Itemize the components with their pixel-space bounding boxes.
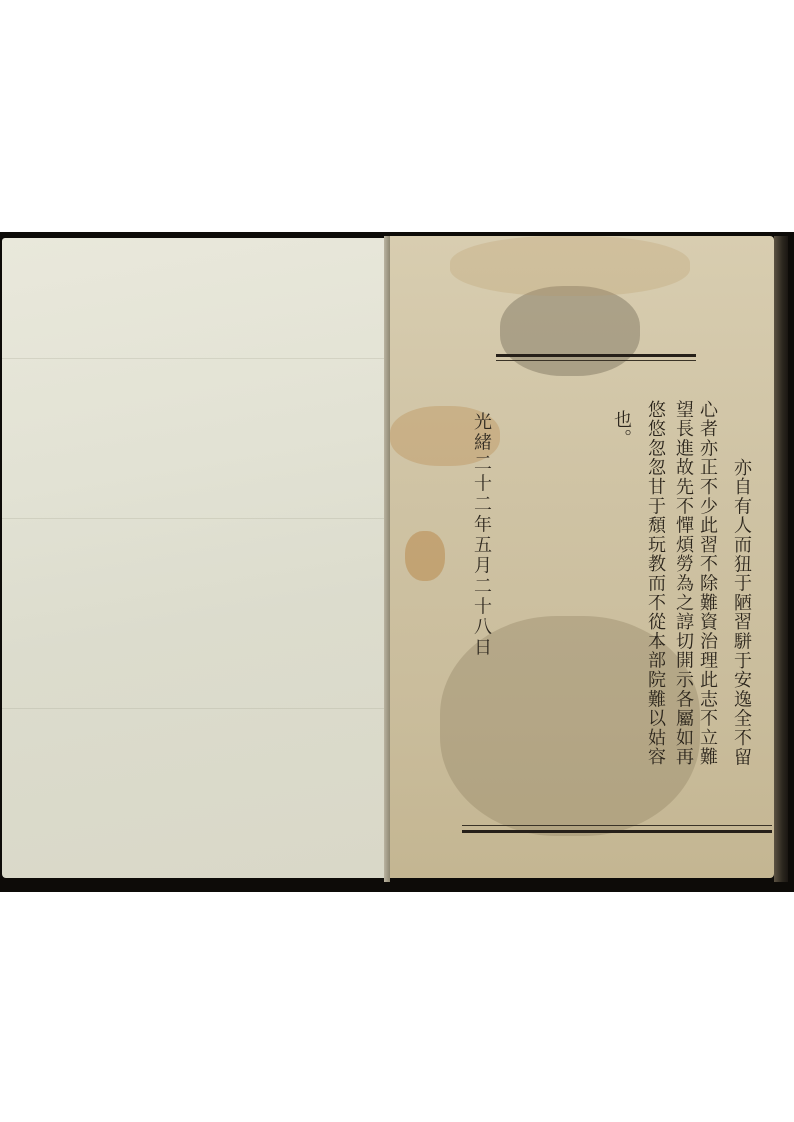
book-edge: [774, 236, 788, 882]
text-column-2: 心者亦正不少此習不除難資治理此志不立難: [696, 400, 718, 767]
text-column-5: 也。: [610, 410, 632, 449]
water-stain: [500, 286, 640, 376]
book-scan: 亦自有人而狃于陋習駢于安逸全不留 心者亦正不少此習不除難資治理此志不立難 望長進…: [0, 232, 794, 892]
date-line: 光緒二十二年五月二十八日: [470, 412, 492, 658]
water-stain: [450, 236, 690, 296]
frame-rule-top-thin: [496, 360, 696, 361]
frame-rule-bottom-thin: [462, 825, 772, 826]
water-stain: [405, 531, 445, 581]
frame-rule-top: [496, 354, 696, 357]
left-page-blank: [2, 238, 384, 878]
text-column-1: 亦自有人而狃于陋習駢于安逸全不留: [730, 458, 752, 767]
text-column-3: 望長進故先不憚煩勞為之諄切開示各屬如再: [672, 400, 694, 767]
text-column-4: 悠悠忽忽甘于頹玩教而不從本部院難以姑容: [644, 400, 666, 767]
right-page: 亦自有人而狃于陋習駢于安逸全不留 心者亦正不少此習不除難資治理此志不立難 望長進…: [390, 236, 774, 878]
frame-rule-bottom: [462, 830, 772, 833]
